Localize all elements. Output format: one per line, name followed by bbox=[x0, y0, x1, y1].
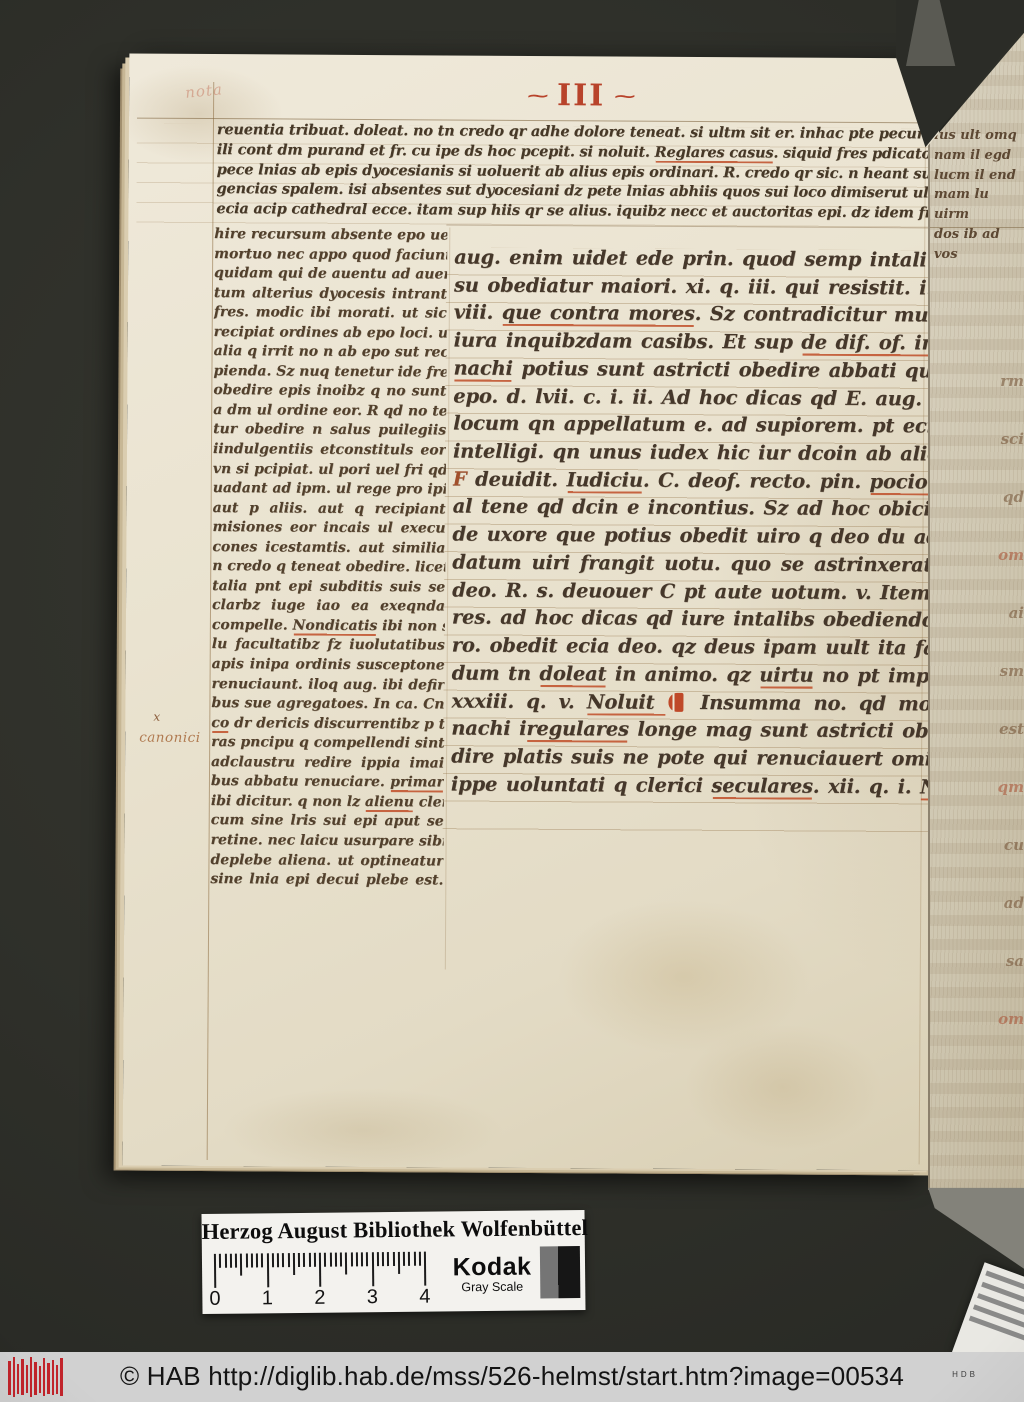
ruler-tick bbox=[298, 1253, 300, 1267]
margin-x-mark: x bbox=[153, 710, 160, 724]
manuscript-line: bus sue agregatoes. In ca. Cn bbox=[211, 694, 444, 715]
ruler-number: 3 bbox=[367, 1286, 378, 1309]
ruler-tick bbox=[314, 1253, 316, 1267]
text-segment: ili cont dm purand et fr. cu ipe ds hoc … bbox=[217, 141, 655, 161]
manuscript-line: mortuo nec appo quod faciunt bbox=[214, 245, 447, 266]
manuscript-line: alia q irrit no n ab epo sut reci bbox=[214, 342, 447, 363]
manuscript-line: deo. R. s. deuouer C pt aute uotum. v. I… bbox=[452, 576, 932, 607]
rubricated-text: pocious. bbox=[870, 470, 933, 494]
fore-edge-mark: sm bbox=[984, 662, 1024, 720]
text-segment: apis inipa ordinis susceptone bbox=[212, 656, 445, 673]
manuscript-line: tur obedire n salus puilegiis bbox=[213, 421, 446, 442]
text-segment: ro. obedit ecia deo. qz deus ipam uult i… bbox=[452, 634, 932, 660]
text-segment: iura inquibzdam casibs. Et sup bbox=[454, 329, 802, 354]
text-segment: al tene qd dcin e incontius. Sz ad hoc o… bbox=[453, 495, 933, 521]
text-segment: de uxore que potius obedit uiro q deo du… bbox=[452, 523, 932, 549]
ruler-tick bbox=[272, 1253, 274, 1267]
fore-edge-mark: cu bbox=[984, 836, 1024, 894]
text-segment: quidam qui de auentu ad auen bbox=[214, 265, 447, 282]
main-text-column: aug. enim uidet ede prin. quod semp inta… bbox=[451, 244, 934, 801]
manuscript-line: res. ad hoc dicas qd iure intalibs obedi… bbox=[452, 604, 932, 635]
manuscript-line: intelligi. qn unus iudex hic iur dcoin a… bbox=[453, 438, 933, 469]
digitized-manuscript-photo: nota ~ III ~ reuentia tribuat. doleat. n… bbox=[0, 0, 1024, 1402]
text-segment: ras pncipu q compellendi sint bbox=[211, 734, 444, 751]
fore-edge-line: lucm il end bbox=[934, 166, 1022, 186]
fore-edge-line: dos ib ad vos bbox=[934, 225, 1022, 265]
manuscript-line: talia pnt epi subditis suis se bbox=[212, 577, 445, 598]
text-segment: aut p aliis. aut q recipiant bbox=[213, 500, 446, 517]
rubricated-text: uirtu bbox=[759, 663, 813, 686]
fore-edge-line: nam il egd bbox=[934, 146, 1022, 166]
fore-edge-mark: qm bbox=[984, 778, 1024, 836]
ruler-tick bbox=[382, 1252, 384, 1266]
library-name-label: Herzog August Bibliothek Wolfenbüttel bbox=[202, 1215, 585, 1245]
rubricated-text: Nondicatis bbox=[293, 617, 378, 634]
fore-edge-mark: ad bbox=[984, 894, 1024, 952]
text-segment: uadant ad ipm. ul rege pro ipis bbox=[213, 480, 446, 497]
kodak-brand-text: Kodak bbox=[446, 1252, 538, 1282]
cradle-edge-bottom bbox=[928, 1186, 1024, 1278]
ruler-tick bbox=[287, 1253, 289, 1267]
rubricated-text: regulares bbox=[526, 717, 629, 741]
manuscript-line: vn si pcipiat. ul pori uel fri qd bbox=[213, 460, 446, 481]
text-segment: aug. enim uidet ede prin. quod semp inta… bbox=[454, 246, 934, 272]
text-segment: . siquid fres pdicatores. tenet bbox=[773, 144, 931, 162]
manuscript-line: tum alterius dyocesis intrant bbox=[214, 284, 447, 305]
text-segment: lu facultatibz fz iuolutatibus bbox=[212, 637, 445, 654]
rubric-flourish-right: ~ bbox=[612, 86, 638, 105]
manuscript-line: co dr dericis discurrentibz p ter bbox=[211, 714, 444, 735]
fore-edge-mark: est bbox=[984, 720, 1024, 778]
adjacent-leaf-fore-edge: ius ult omqnam il egdlucm il endmam lu u… bbox=[928, 14, 1024, 1190]
ruler-tick bbox=[340, 1253, 342, 1267]
manuscript-line: hire recursum absente epo uel bbox=[214, 225, 447, 246]
text-segment: pienda. Sz nuq tenetur ide fres bbox=[213, 363, 446, 380]
fore-edge-text-fragments: ius ult omqnam il egdlucm il endmam lu u… bbox=[934, 126, 1022, 265]
ruler-tick bbox=[366, 1252, 368, 1266]
footer-corner-mark: HDB bbox=[952, 1370, 978, 1379]
footer-bar: © HAB http://diglib.hab.de/mss/526-helms… bbox=[0, 1352, 1024, 1402]
manuscript-line: nachi potius sunt astricti obedire abbat… bbox=[453, 354, 933, 385]
manuscript-line: datum uiri frangit uotu. quo se astrinxe… bbox=[452, 548, 932, 579]
ruler-tick bbox=[251, 1253, 253, 1267]
text-segment: potius sunt astricti obedire abbati qua bbox=[513, 357, 934, 383]
text-segment: locum qn appellatum e. ad supiorem. pt e… bbox=[453, 412, 933, 438]
red-initial: F bbox=[453, 467, 475, 490]
manuscript-line: F deuidit. Iudiciu. C. deof. recto. pin.… bbox=[453, 465, 933, 496]
manuscript-line: a dm ul ordine eor. R qd no ten bbox=[213, 401, 446, 422]
manuscript-line: su obediatur maiori. xi. q. iii. qui res… bbox=[454, 271, 934, 302]
manuscript-line: locum qn appellatum e. ad supiorem. pt e… bbox=[453, 410, 933, 441]
rubricated-text: co bbox=[211, 715, 229, 731]
ruler-tick bbox=[408, 1252, 410, 1266]
ruler-tick bbox=[282, 1253, 284, 1267]
manuscript-line: iura inquibzdam casibs. Et sup de dif. o… bbox=[454, 327, 934, 358]
manuscript-line: sine lnia epi decui plebe est. bbox=[210, 870, 443, 891]
ruler-tick bbox=[398, 1252, 400, 1274]
manuscript-line: ecia acip cathedral ecce. itam sup hiis … bbox=[216, 199, 930, 223]
manuscript-line: viii. que contra mores. Sz contradicitur… bbox=[454, 299, 934, 330]
pencil-foliation-note: nota bbox=[184, 80, 223, 102]
text-segment: hire recursum absente epo uel bbox=[214, 226, 447, 243]
folio-heading-numeral: ~ III ~ bbox=[501, 78, 661, 114]
ruler-tick bbox=[214, 1254, 216, 1288]
rubricated-text: que contra mores bbox=[502, 301, 695, 325]
text-segment: tur obedire n salus puilegiis bbox=[213, 422, 446, 439]
manuscript-line: iindulgentiis etconstituls eor bbox=[213, 440, 446, 461]
text-segment: alia q irrit no n ab epo sut reci bbox=[214, 343, 447, 360]
text-segment: n credo q teneat obedire. licet bbox=[212, 558, 445, 575]
text-segment: misiones eor incais ul execu bbox=[212, 519, 445, 536]
manuscript-line: ibi dicitur. q non lz alienu cleri bbox=[211, 792, 444, 813]
ruler-tick bbox=[256, 1253, 258, 1267]
manuscript-line: clarbz iuge iao ea exeqnda bbox=[212, 596, 445, 617]
pilcrow-mark: ¶ bbox=[669, 692, 684, 711]
manuscript-line: recipiat ordines ab epo loci. ul bbox=[214, 323, 447, 344]
ruler-tick bbox=[240, 1254, 242, 1276]
top-text-block: reuentia tribuat. doleat. no tn credo qr… bbox=[216, 120, 931, 223]
text-segment: nachi i bbox=[451, 717, 526, 740]
text-segment: gencias spalem. isi absentes sut dyocesi… bbox=[217, 180, 931, 202]
manuscript-line: fres. modic ibi morati. ut sic bbox=[214, 303, 447, 324]
ruler-tick bbox=[424, 1252, 426, 1286]
ruler-tick bbox=[350, 1252, 352, 1266]
manuscript-line: quidam qui de auentu ad auen bbox=[214, 264, 447, 285]
text-segment: bus sue agregatoes. In ca. Cn bbox=[211, 695, 444, 712]
ruler-tick bbox=[224, 1254, 226, 1268]
text-segment: . Sz contradicitur multa bbox=[695, 302, 934, 327]
ruler-tick bbox=[419, 1252, 421, 1266]
ruler-tick bbox=[324, 1253, 326, 1267]
margin-note-canonici: canonici bbox=[139, 730, 200, 746]
manuscript-line: renuciaunt. iloq aug. ibi defir bbox=[211, 675, 444, 696]
heading-numeral-text: III bbox=[557, 78, 605, 113]
kodak-brand-block: Kodak Gray Scale bbox=[446, 1252, 538, 1294]
manuscript-line: misiones eor incais ul execu bbox=[212, 518, 445, 539]
manuscript-line: apis inipa ordinis susceptone bbox=[212, 655, 445, 676]
text-segment: tum alterius dyocesis intrant bbox=[214, 285, 447, 302]
fore-edge-mark: ai bbox=[984, 604, 1024, 662]
text-segment: . C. deof. recto. pin. bbox=[643, 468, 870, 492]
ruler-tick bbox=[277, 1253, 279, 1267]
gray-scale-patch bbox=[540, 1246, 581, 1298]
ruler-tick bbox=[356, 1252, 358, 1266]
text-segment: su obediatur maiori. xi. q. iii. qui res… bbox=[454, 273, 934, 299]
manuscript-line: pienda. Sz nuq tenetur ide fres bbox=[213, 362, 446, 383]
manuscript-line: ras pncipu q compellendi sint bbox=[211, 733, 444, 754]
text-segment: compelle. bbox=[212, 617, 293, 633]
ruler-number: 4 bbox=[419, 1286, 430, 1309]
text-segment: deuidit. bbox=[475, 467, 567, 491]
ruler-tick bbox=[266, 1253, 268, 1287]
text-segment: bus abbatu renuciare. bbox=[211, 773, 390, 790]
text-segment: sine lnia epi decui plebe est. bbox=[210, 871, 443, 888]
rubricated-text: nachi bbox=[453, 356, 512, 379]
manuscript-line: epo. d. lvii. c. i. ii. Ad hoc dicas qd … bbox=[453, 382, 933, 413]
text-segment: longe mag sunt astricti obe bbox=[629, 718, 932, 743]
text-segment: recipiat ordines ab epo loci. ul bbox=[214, 324, 447, 341]
rubricated-text: alienu bbox=[365, 794, 414, 810]
manuscript-line: compelle. Nondicatis ibi non so bbox=[212, 616, 445, 637]
text-segment: dr dericis discurrentibz p ter bbox=[229, 715, 444, 732]
ruling-line-mid bbox=[446, 224, 934, 228]
ruler-tick bbox=[261, 1253, 263, 1267]
centimeter-ruler: 01234 bbox=[214, 1252, 437, 1310]
ruler-tick bbox=[335, 1253, 337, 1267]
ruler-number: 2 bbox=[314, 1287, 325, 1310]
manuscript-line: obedire epis inoibz q no sunt bbox=[213, 381, 446, 402]
fore-edge-mark: qd bbox=[984, 488, 1024, 546]
text-segment: mortuo nec appo quod faciunt bbox=[214, 246, 447, 263]
ruler-tick bbox=[413, 1252, 415, 1266]
ruler-number: 1 bbox=[262, 1287, 273, 1310]
ruler-tick bbox=[245, 1254, 247, 1268]
manuscript-line: n credo q teneat obedire. licet bbox=[212, 557, 445, 578]
ruler-tick bbox=[303, 1253, 305, 1267]
text-segment: epo. d. lvii. c. i. ii. Ad hoc dicas qd … bbox=[453, 384, 933, 410]
text-segment: iindulgentiis etconstituls eor bbox=[213, 441, 446, 458]
text-segment: res. ad hoc dicas qd iure intalibs obedi… bbox=[452, 606, 932, 632]
ruler-tick bbox=[293, 1253, 295, 1275]
text-segment: ippe uoluntati q clerici bbox=[451, 772, 712, 797]
text-segment: . xii. q. i. bbox=[813, 774, 920, 798]
text-segment: viii. bbox=[454, 301, 502, 324]
rubricated-text: doleat bbox=[539, 662, 606, 685]
ruler-tick bbox=[235, 1254, 237, 1268]
ruler-number: 0 bbox=[209, 1288, 220, 1311]
ruler-ticks bbox=[214, 1252, 436, 1254]
rubricated-text: Iudiciu bbox=[566, 468, 643, 491]
text-segment: deplebe aliena. ut optineatur bbox=[210, 852, 443, 869]
text-segment: vn si pcipiat. ul pori uel fri qd bbox=[213, 461, 446, 478]
manuscript-line: de uxore que potius obedit uiro q deo du… bbox=[452, 521, 932, 552]
text-segment: renuciaunt. iloq aug. ibi defir bbox=[212, 676, 445, 693]
text-segment: dire platis suis ne pote qui renuciauert… bbox=[451, 744, 931, 770]
text-segment: a dm ul ordine eor. R qd no ten bbox=[213, 402, 446, 419]
text-segment: clarbz iuge iao ea exeqnda bbox=[212, 597, 445, 614]
fore-edge-ghost-marks: rmsciqdomaismestqmcuadsaom bbox=[984, 372, 1024, 1068]
kodak-grayscale-label: Herzog August Bibliothek Wolfenbüttel 01… bbox=[201, 1210, 585, 1314]
manuscript-page: nota ~ III ~ reuentia tribuat. doleat. n… bbox=[123, 54, 940, 1171]
text-segment: deo. R. s. deuouer C pt aute uotum. v. I… bbox=[452, 578, 932, 604]
fore-edge-mark: sa bbox=[984, 952, 1024, 1010]
ruler-tick bbox=[361, 1252, 363, 1266]
text-segment: cum sine lris sui epi aput se bbox=[211, 812, 444, 829]
text-segment: Insumma no. qd mo bbox=[688, 690, 932, 714]
rubricated-text: seculares bbox=[711, 774, 812, 798]
manuscript-line: nachi iregulares longe mag sunt astricti… bbox=[451, 715, 931, 746]
text-segment: fres. modic ibi morati. ut sic bbox=[214, 304, 447, 321]
fore-edge-mark: om bbox=[984, 546, 1024, 604]
ruler-tick bbox=[345, 1252, 347, 1274]
fore-edge-mark: om bbox=[984, 1010, 1024, 1068]
manuscript-line: ippe uoluntati q clerici seculares. xii.… bbox=[451, 770, 931, 801]
text-segment: xxxiii. q. v. bbox=[451, 689, 587, 713]
ruler-tick bbox=[387, 1252, 389, 1266]
manuscript-line: lu facultatibz fz iuolutatibus bbox=[212, 636, 445, 657]
text-segment: cones icestamtis. aut similia bbox=[212, 539, 445, 556]
text-segment: intelligi. qn unus iudex hic iur dcoin a… bbox=[453, 440, 933, 466]
ruler-tick bbox=[392, 1252, 394, 1266]
text-segment: in animo. qz bbox=[606, 662, 759, 686]
text-segment: reuentia tribuat. doleat. no tn credo qr… bbox=[217, 121, 931, 142]
manuscript-line: retine. nec laicu usurpare sibi bbox=[211, 831, 444, 852]
manuscript-line: dum tn doleat in animo. qz uirtu no pt i… bbox=[452, 659, 932, 690]
copyright-url-text: © HAB http://diglib.hab.de/mss/526-helms… bbox=[0, 1361, 1024, 1392]
fore-edge-line: ius ult omq bbox=[934, 126, 1022, 146]
ruler-tick bbox=[371, 1252, 373, 1286]
text-segment: ibi non so bbox=[377, 618, 445, 635]
ruler-tick bbox=[219, 1254, 221, 1268]
manuscript-line: al tene qd dcin e incontius. Sz ad hoc o… bbox=[453, 493, 933, 524]
left-gloss-column: hire recursum absente epo uelmortuo nec … bbox=[210, 225, 447, 891]
rubricated-text: Reglares casus bbox=[655, 144, 774, 162]
ruler-numbers: 01234 bbox=[214, 1286, 436, 1310]
ruler-tick bbox=[403, 1252, 405, 1266]
ruler-tick bbox=[230, 1254, 232, 1268]
fore-edge-mark: sci bbox=[984, 430, 1024, 488]
manuscript-line: xxxiii. q. v. Noluit ¶ Insumma no. qd mo bbox=[451, 687, 931, 718]
fore-edge-mark: rm bbox=[984, 372, 1024, 430]
manuscript-line: ro. obedit ecia deo. qz deus ipam uult i… bbox=[452, 632, 932, 663]
text-segment: ibi dicitur. q non lz bbox=[211, 793, 365, 810]
manuscript-line: dire platis suis ne pote qui renuciauert… bbox=[451, 742, 931, 773]
text-segment: talia pnt epi subditis suis se bbox=[212, 578, 445, 595]
manuscript-line: deplebe aliena. ut optineatur bbox=[210, 851, 443, 872]
manuscript-line: bus abbatu renuciare. primar bbox=[211, 772, 444, 793]
manuscript-line: aug. enim uidet ede prin. quod semp inta… bbox=[454, 244, 934, 275]
ruler-tick bbox=[308, 1253, 310, 1267]
text-segment: ecia acip cathedral ecce. itam sup hiis … bbox=[216, 200, 930, 222]
manuscript-line: aut p aliis. aut q recipiant bbox=[213, 499, 446, 520]
text-segment: obedire epis inoibz q no sunt bbox=[213, 382, 446, 399]
manuscript-line: cones icestamtis. aut similia bbox=[212, 538, 445, 559]
text-segment: adclaustru redire ippia imai bbox=[211, 754, 444, 771]
manuscript-line: uadant ad ipm. ul rege pro ipis bbox=[213, 479, 446, 500]
rubricated-text: Noluit bbox=[587, 690, 667, 713]
rubricated-text: de dif. of. imo bbox=[801, 331, 934, 355]
text-segment: retine. nec laicu usurpare sibi bbox=[211, 832, 444, 849]
rubric-flourish-left: ~ bbox=[525, 86, 551, 105]
manuscript-line: cum sine lris sui epi aput se bbox=[211, 811, 444, 832]
fore-edge-line: mam lu uirm bbox=[934, 185, 1022, 225]
ruler-tick bbox=[377, 1252, 379, 1266]
text-segment: dum tn bbox=[452, 661, 540, 685]
ruler-tick bbox=[319, 1253, 321, 1287]
text-segment: cleri bbox=[414, 794, 444, 810]
manuscript-line: adclaustru redire ippia imai bbox=[211, 753, 444, 774]
rubricated-text: primar bbox=[390, 774, 444, 790]
text-segment: no pt imple bbox=[813, 664, 931, 688]
text-segment: datum uiri frangit uotu. quo se astrinxe… bbox=[452, 550, 932, 576]
ruler-tick bbox=[329, 1253, 331, 1267]
